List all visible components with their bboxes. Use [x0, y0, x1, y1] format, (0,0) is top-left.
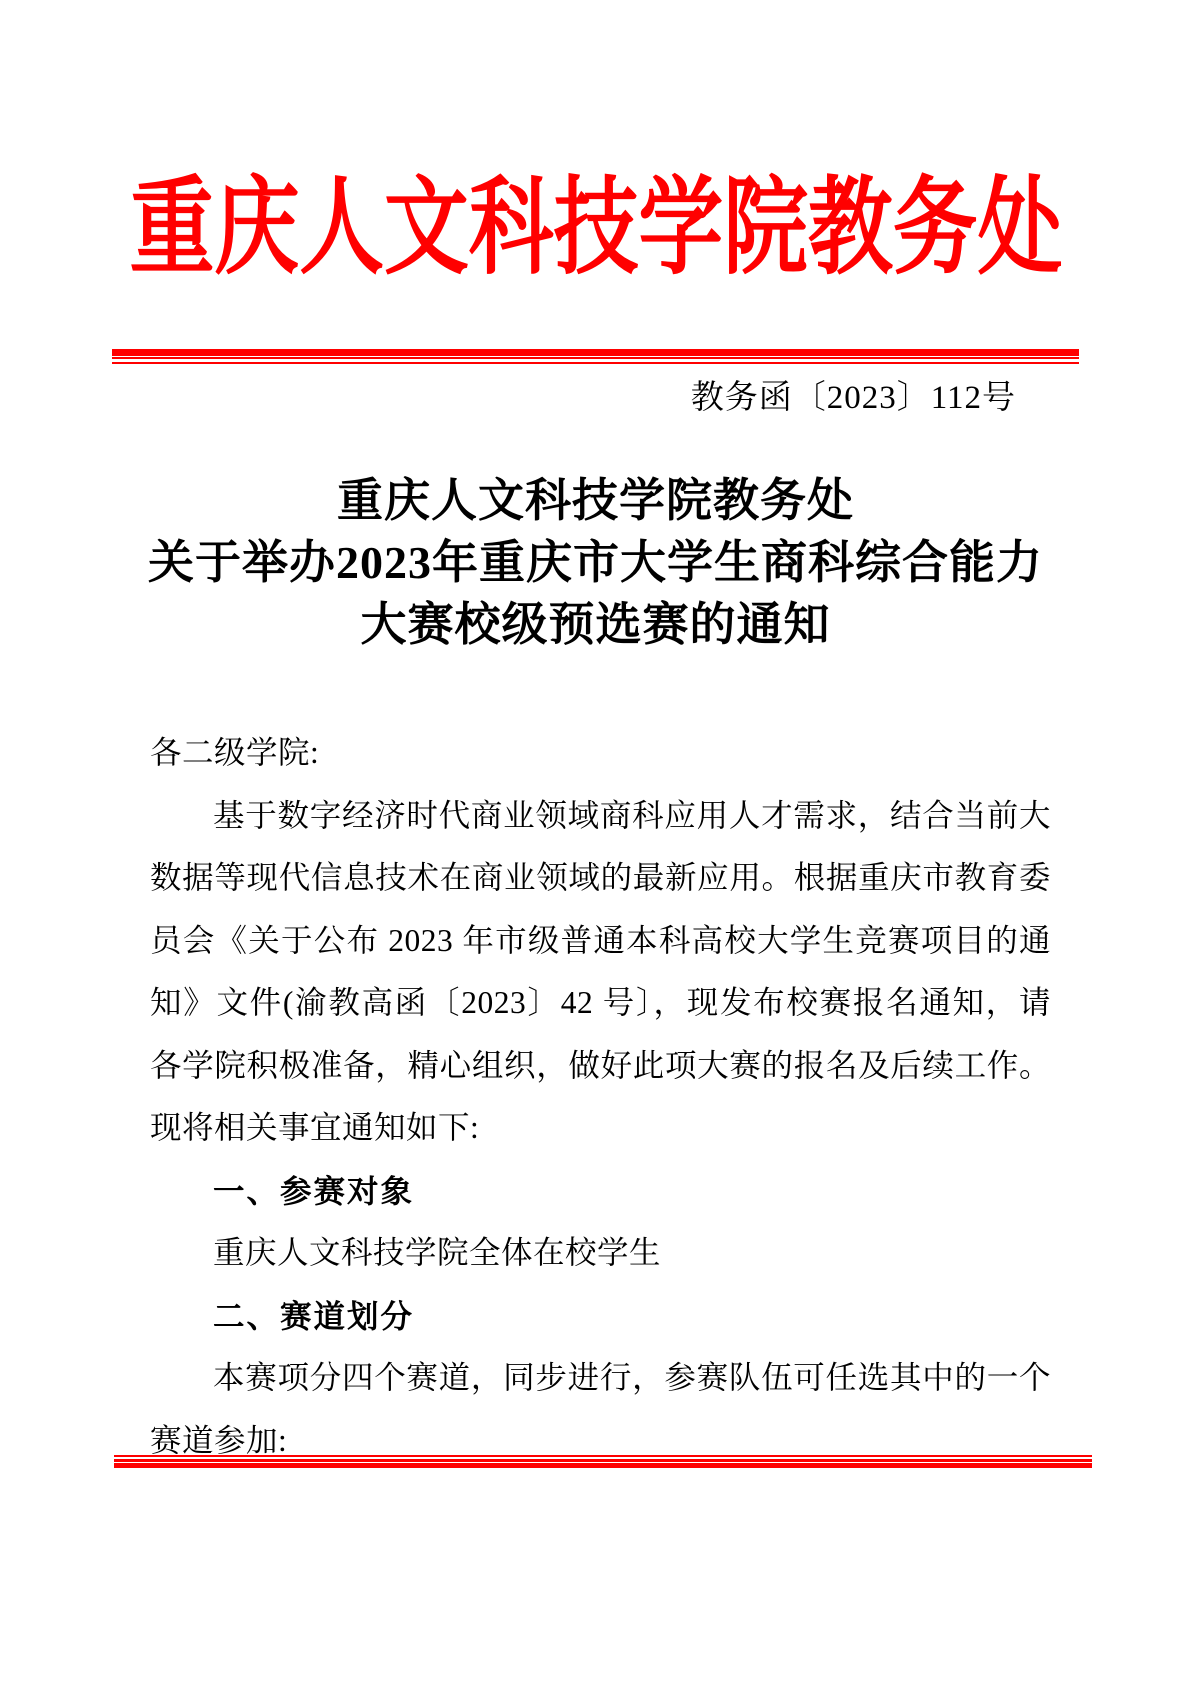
bottom-red-rule: [114, 1455, 1092, 1468]
section-2-content: 本赛项分四个赛道，同步进行，参赛队伍可任选其中的一个: [150, 1347, 1051, 1410]
document-number: 教务函〔2023〕112号: [0, 376, 1191, 420]
paragraph-line: 知》文件(渝教高函〔2023〕42 号〕，现发布校赛报名通知，请: [150, 972, 1051, 1035]
top-rule-thin-line-2: [112, 362, 1079, 364]
notice-body: 各二级学院: 基于数字经济时代商业领域商科应用人才需求，结合当前大 数据等现代信…: [150, 722, 1051, 1472]
section-heading-1: 一、参赛对象: [150, 1160, 1051, 1223]
paragraph-line: 基于数字经济时代商业领域商科应用人才需求，结合当前大: [150, 785, 1051, 848]
top-red-rule: [112, 349, 1079, 364]
section-1-content: 重庆人文科技学院全体在校学生: [150, 1222, 1051, 1285]
masthead-org-title: 重庆人文科技学院教务处: [129, 166, 1062, 288]
notice-title-line-3: 大赛校级预选赛的通知: [0, 594, 1191, 656]
salutation-line: 各二级学院:: [150, 722, 1051, 785]
document-page: 重庆人文科技学院教务处 教务函〔2023〕112号 重庆人文科技学院教务处 关于…: [0, 0, 1191, 1684]
paragraph-line: 现将相关事宜通知如下:: [150, 1097, 1051, 1160]
red-masthead: 重庆人文科技学院教务处: [0, 166, 1191, 321]
bottom-rule-thick-line: [114, 1463, 1092, 1468]
top-rule-thick-line: [112, 349, 1079, 356]
paragraph-line: 员会《关于公布 2023 年市级普通本科高校大学生竞赛项目的通: [150, 910, 1051, 973]
section-heading-2: 二、赛道划分: [150, 1285, 1051, 1348]
notice-title-line-1: 重庆人文科技学院教务处: [0, 470, 1191, 532]
notice-title: 重庆人文科技学院教务处 关于举办2023年重庆市大学生商科综合能力 大赛校级预选…: [0, 470, 1191, 656]
notice-title-line-2: 关于举办2023年重庆市大学生商科综合能力: [0, 532, 1191, 594]
paragraph-line: 数据等现代信息技术在商业领域的最新应用。根据重庆市教育委: [150, 847, 1051, 910]
paragraph-line: 各学院积极准备，精心组织，做好此项大赛的报名及后续工作。: [150, 1035, 1051, 1098]
